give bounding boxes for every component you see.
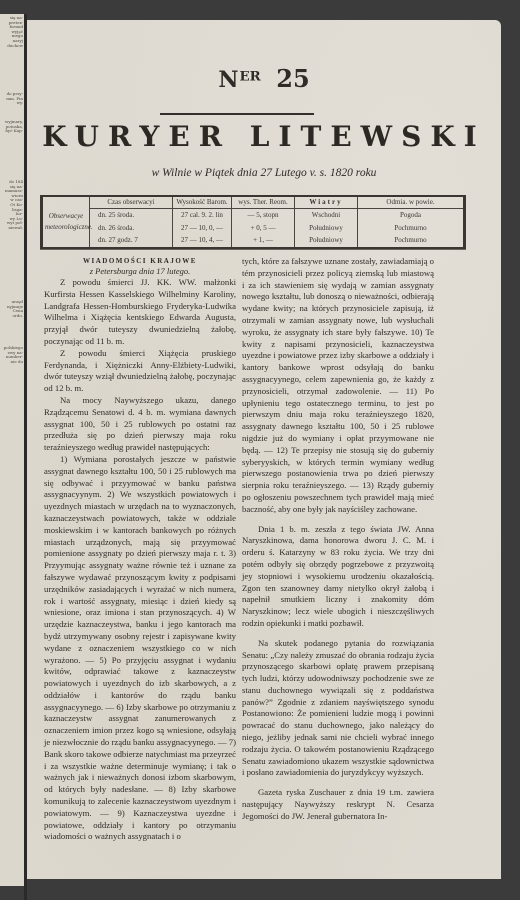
weather-col-header: Wiatry bbox=[295, 197, 357, 209]
dateline: w Wilnie w Piątek dnia 27 Lutego v. s. 1… bbox=[27, 167, 501, 179]
weather-cell: Pogoda bbox=[358, 209, 463, 222]
issue-number: NER 25 bbox=[27, 64, 501, 93]
weather-row-label: Obserwacye meteorologiczne. bbox=[43, 197, 90, 247]
issue-prefix-sup: ER bbox=[239, 69, 260, 85]
article-paragraph: tych, które za fałszywe uznane zostały, … bbox=[242, 256, 434, 516]
weather-cell: 27 cal. 9. 2. lin bbox=[173, 209, 231, 222]
article-paragraph: Z powodu śmierci JJ. KK. WW. małżonki Ku… bbox=[44, 277, 236, 348]
weather-cell: Pochmurno bbox=[358, 222, 463, 235]
weather-cell: + 0, 5 — bbox=[232, 222, 294, 235]
facing-page-edge: się na- pretex- formuł wyjęć mego naryj … bbox=[0, 14, 24, 886]
weather-col-header: Wysokość Barom. bbox=[173, 197, 231, 209]
weather-cell: dn. 25 środa. bbox=[90, 209, 172, 222]
weather-row-label-text: Obserwacye meteorologiczne. bbox=[45, 211, 87, 233]
facing-page-text: do przy- mm. Fin wy. bbox=[1, 92, 23, 106]
article-paragraph: Na mocy Naywyższego ukazu, danego Rządzą… bbox=[44, 395, 236, 454]
weather-cell: Południowy bbox=[295, 222, 357, 235]
article-paragraph: Z powodu śmierci Xiążęcia pruskiego Ferd… bbox=[44, 348, 236, 395]
facing-page-text: urzęd nyjmuje Cena ordo. bbox=[1, 300, 23, 318]
weather-col-header: Odmia. w powie. bbox=[358, 197, 463, 209]
weather-cell: Pochmurno bbox=[358, 234, 463, 247]
section-subtitle: z Petersburga dnia 17 lutego. bbox=[44, 266, 236, 277]
weather-col-time: Czas obserwacyi dn. 25 środa. dn. 26 śro… bbox=[90, 197, 173, 247]
weather-observation-table: Obserwacye meteorologiczne. Czas obserwa… bbox=[40, 195, 466, 249]
issue-number-value: 25 bbox=[276, 64, 309, 93]
weather-col-header: wys. Ther. Reom. bbox=[232, 197, 294, 209]
weather-cell: dn. 27 godz. 7 bbox=[90, 234, 172, 247]
weather-col-header: Czas obserwacyi bbox=[90, 197, 172, 209]
article-paragraph: Na skutek podanego pytania do rozwiązani… bbox=[242, 638, 434, 780]
weather-cell: 27 — 10, 4, — bbox=[173, 234, 231, 247]
article-paragraph: Gazeta ryska Zuschauer z dnia 19 t.m. za… bbox=[242, 787, 434, 822]
masthead-title: KURYER LITEWSKI bbox=[27, 120, 501, 153]
weather-cell: — 5, stopn bbox=[232, 209, 294, 222]
weather-cell: Wschodni bbox=[295, 209, 357, 222]
facing-page-text: się na- pretex- formuł wyjęć mego naryj … bbox=[1, 16, 23, 48]
weather-col-conditions: Odmia. w powie. Pogoda Pochmurno Pochmur… bbox=[358, 197, 463, 247]
weather-col-barometer: Wysokość Barom. 27 cal. 9. 2. lin 27 — 1… bbox=[173, 197, 232, 247]
article-paragraph: 1) Wymiana porostałych jeszcze w państwi… bbox=[44, 454, 236, 843]
issue-prefix: N bbox=[218, 67, 239, 93]
header-rule bbox=[160, 113, 314, 115]
table-bottom-rule bbox=[40, 249, 466, 250]
newspaper-page: NER 25 KURYER LITEWSKI w Wilnie w Piątek… bbox=[27, 20, 501, 879]
facing-page-text: do 184 się na- mamusz- wiorn w cza- Ot K… bbox=[1, 180, 23, 231]
facing-page-text: wyjmary, potuska, być Kap- bbox=[1, 120, 23, 134]
weather-cell: dn. 26 środa. bbox=[90, 222, 172, 235]
weather-cell: Południowy bbox=[295, 234, 357, 247]
weather-col-winds: Wiatry Wschodni Południowy Południowy bbox=[295, 197, 358, 247]
article-paragraph: Dnia 1 b. m. zeszła z tego świata JW. An… bbox=[242, 524, 434, 630]
facing-page-text: polskiego zwy na- number- nie do bbox=[1, 346, 23, 364]
weather-col-thermometer: wys. Ther. Reom. — 5, stopn + 0, 5 — + 1… bbox=[232, 197, 295, 247]
section-title: WIADOMOŚCI KRAJOWE bbox=[44, 256, 236, 266]
weather-cell: + 1, — bbox=[232, 234, 294, 247]
left-column: WIADOMOŚCI KRAJOWE z Petersburga dnia 17… bbox=[44, 256, 236, 843]
right-column: tych, które za fałszywe uznane zostały, … bbox=[242, 256, 434, 823]
weather-cell: 27 — 10, 0, — bbox=[173, 222, 231, 235]
